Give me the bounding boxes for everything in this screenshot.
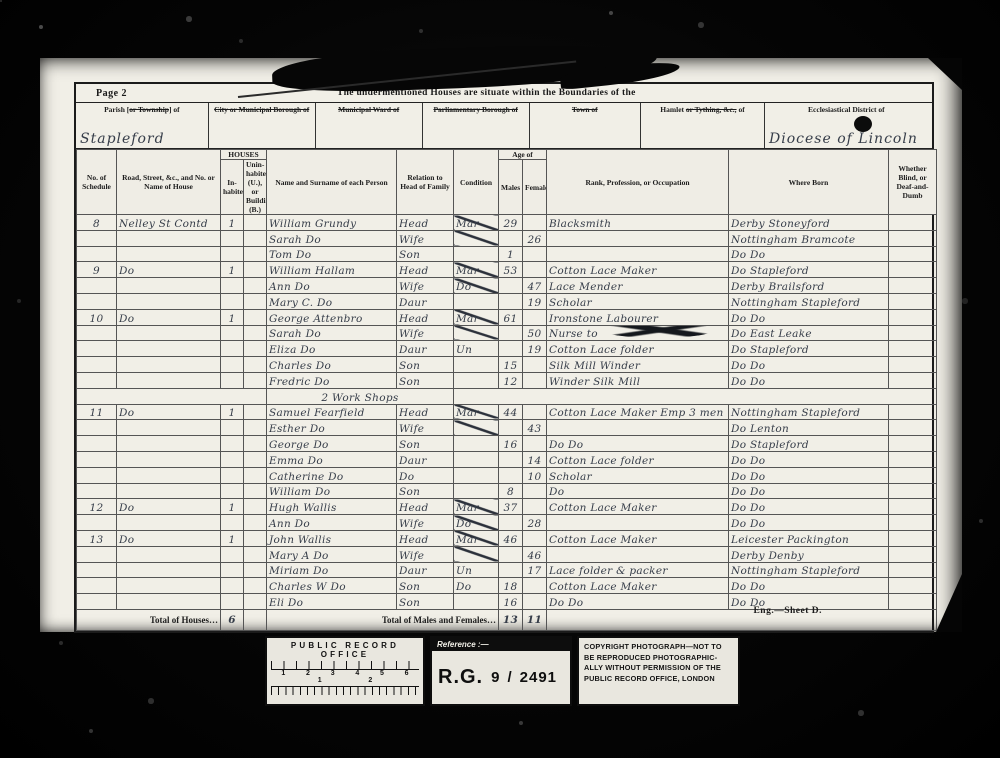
cell-road: Nelley St Contd bbox=[117, 215, 221, 231]
label-part: of bbox=[737, 105, 745, 114]
census-record-row: 13Do1John WallisHeadMar46Cotton Lace Mak… bbox=[77, 530, 937, 546]
cell-where-born: Do Do bbox=[729, 483, 889, 499]
ruler-inch-scale bbox=[271, 661, 419, 670]
census-record-row: Catherine DoDo10ScholarDo Do bbox=[77, 467, 937, 483]
cell-where-born: Do Do bbox=[729, 309, 889, 325]
ruler-cm-number: 2 bbox=[368, 677, 372, 684]
cell-schedule bbox=[77, 483, 117, 499]
cell-road: Do bbox=[117, 530, 221, 546]
cell-relation: Son bbox=[397, 594, 454, 610]
cell-occupation: Cotton Lace Maker bbox=[547, 530, 729, 546]
cell-age-male: 61 bbox=[499, 309, 523, 325]
cell-blind bbox=[889, 372, 937, 388]
cell-age-female: 14 bbox=[523, 451, 547, 467]
col-header-uninhabited: Unin-habited (U.), or Building (B.) bbox=[244, 160, 267, 215]
reference-piece: 2491 bbox=[520, 669, 557, 686]
census-record-row: Ann DoWifeDo47Lace MenderDerby Brailsfor… bbox=[77, 278, 937, 294]
cell-condition: Mar bbox=[454, 262, 499, 278]
cell-uninhabited bbox=[244, 357, 267, 373]
census-record-row: Eliza DoDaurUn19Cotton Lace folderDo Sta… bbox=[77, 341, 937, 357]
cell-inhabited bbox=[221, 246, 244, 262]
cell-where-born: Do Stapleford bbox=[729, 341, 889, 357]
census-record-row: 9Do1William HallamHeadMar53Cotton Lace M… bbox=[77, 262, 937, 278]
cell-name: Hugh Wallis bbox=[267, 499, 397, 515]
stamp-reference-box: Reference :— R.G. 9 / 2491 bbox=[430, 636, 572, 706]
district-column-3: Parliamentary Borough of bbox=[423, 103, 530, 148]
col-header-females: Females bbox=[523, 160, 547, 215]
cell-occupation: Silk Mill Winder bbox=[547, 357, 729, 373]
cell-blind bbox=[889, 594, 937, 610]
cell-schedule bbox=[77, 341, 117, 357]
ruler-cm-scale bbox=[271, 686, 419, 695]
workshop-row: 2 Work Shops bbox=[77, 388, 937, 404]
public-record-office-title: PUBLIC RECORD OFFICE bbox=[271, 641, 419, 659]
cell-inhabited bbox=[221, 546, 244, 562]
ruler-inch-number: 4 bbox=[355, 670, 359, 677]
sheet-note: Eng.—Sheet D. bbox=[753, 606, 822, 616]
cell-inhabited bbox=[221, 594, 244, 610]
cell-inhabited: 1 bbox=[221, 215, 244, 231]
cell-schedule: 10 bbox=[77, 309, 117, 325]
cell-uninhabited bbox=[244, 420, 267, 436]
cell-condition bbox=[454, 230, 499, 246]
empty-cell bbox=[454, 388, 937, 404]
cell-where-born: Do East Leake bbox=[729, 325, 889, 341]
empty-cell bbox=[244, 609, 267, 630]
label-part: Hamlet bbox=[660, 105, 686, 114]
census-record-row: Mary C. DoDaur19ScholarNottingham Staple… bbox=[77, 293, 937, 309]
cell-age-female: 19 bbox=[523, 293, 547, 309]
cell-age-male: 16 bbox=[499, 436, 523, 452]
cell-age-male bbox=[499, 341, 523, 357]
cell-name: Charles Do bbox=[267, 357, 397, 373]
ruler-inch-number: 2 bbox=[306, 670, 310, 677]
cell-schedule bbox=[77, 325, 117, 341]
total-persons-label: Total of Males and Females… bbox=[267, 609, 499, 630]
page-number-label: Page 2 bbox=[96, 88, 127, 99]
cell-occupation: Lace Mender bbox=[547, 278, 729, 294]
census-table-body: 8Nelley St Contd1William GrundyHeadMar29… bbox=[77, 215, 937, 610]
cell-road bbox=[117, 293, 221, 309]
cell-name: Catherine Do bbox=[267, 467, 397, 483]
cell-uninhabited bbox=[244, 215, 267, 231]
cell-condition: Un bbox=[454, 562, 499, 578]
cell-age-male: 29 bbox=[499, 215, 523, 231]
cell-road: Do bbox=[117, 499, 221, 515]
cell-where-born: Nottingham Stapleford bbox=[729, 562, 889, 578]
col-header-schedule: No. of Schedule bbox=[77, 150, 117, 215]
cell-inhabited: 1 bbox=[221, 499, 244, 515]
cell-schedule bbox=[77, 420, 117, 436]
cell-relation: Wife bbox=[397, 230, 454, 246]
cell-schedule bbox=[77, 278, 117, 294]
district-column-label: Parish [or Township] of bbox=[79, 105, 205, 114]
cell-age-female: 10 bbox=[523, 467, 547, 483]
cell-occupation: Ironstone Labourer bbox=[547, 309, 729, 325]
cell-inhabited bbox=[221, 483, 244, 499]
cell-age-female: 43 bbox=[523, 420, 547, 436]
cell-inhabited bbox=[221, 467, 244, 483]
cell-relation: Son bbox=[397, 372, 454, 388]
cell-name: Ann Do bbox=[267, 515, 397, 531]
cell-uninhabited bbox=[244, 515, 267, 531]
col-header-born: Where Born bbox=[729, 150, 889, 215]
cell-blind bbox=[889, 278, 937, 294]
cell-occupation: Winder Silk Mill bbox=[547, 372, 729, 388]
cell-inhabited: 1 bbox=[221, 262, 244, 278]
cell-name: Miriam Do bbox=[267, 562, 397, 578]
cell-uninhabited bbox=[244, 404, 267, 420]
district-header-row: Parish [or Township] ofStaplefordCity or… bbox=[76, 103, 932, 149]
cell-relation: Daur bbox=[397, 451, 454, 467]
cell-occupation: Cotton Lace folder bbox=[547, 341, 729, 357]
cell-age-male: 12 bbox=[499, 372, 523, 388]
cell-age-female bbox=[523, 436, 547, 452]
cell-schedule: 13 bbox=[77, 530, 117, 546]
census-document-page: Page 2 The undermentioned Houses are sit… bbox=[40, 58, 962, 632]
cell-road bbox=[117, 546, 221, 562]
cell-uninhabited bbox=[244, 309, 267, 325]
cell-road bbox=[117, 278, 221, 294]
cell-relation: Head bbox=[397, 499, 454, 515]
cell-name: Sarah Do bbox=[267, 230, 397, 246]
cell-occupation bbox=[547, 420, 729, 436]
census-record-row: Fredric DoSon12Winder Silk MillDo Do bbox=[77, 372, 937, 388]
reference-series: 9 bbox=[491, 669, 499, 686]
cell-schedule bbox=[77, 357, 117, 373]
cell-condition bbox=[454, 436, 499, 452]
cell-uninhabited bbox=[244, 546, 267, 562]
cell-occupation: Do bbox=[547, 483, 729, 499]
cell-blind bbox=[889, 309, 937, 325]
district-column-2: Municipal Ward of bbox=[316, 103, 423, 148]
label-part: Parish [ bbox=[104, 105, 129, 114]
cell-name: Esther Do bbox=[267, 420, 397, 436]
cell-age-male bbox=[499, 230, 523, 246]
cell-condition: Mar bbox=[454, 404, 499, 420]
cell-relation: Wife bbox=[397, 515, 454, 531]
cell-name: William Hallam bbox=[267, 262, 397, 278]
cell-occupation: Scholar bbox=[547, 293, 729, 309]
cell-blind bbox=[889, 451, 937, 467]
cell-blind bbox=[889, 578, 937, 594]
cell-occupation: Nurse to bbox=[547, 325, 729, 341]
ruler-inch-number: 1 bbox=[281, 670, 285, 677]
col-header-condition: Condition bbox=[454, 150, 499, 215]
cell-name: John Wallis bbox=[267, 530, 397, 546]
cell-occupation bbox=[547, 546, 729, 562]
census-record-row: Charles DoSon15Silk Mill WinderDo Do bbox=[77, 357, 937, 373]
cell-condition bbox=[454, 420, 499, 436]
cell-occupation: Cotton Lace folder bbox=[547, 451, 729, 467]
cell-condition: Un bbox=[454, 341, 499, 357]
census-record-row: 12Do1Hugh WallisHeadMar37Cotton Lace Mak… bbox=[77, 499, 937, 515]
struck-label-part: or Tything, &c., bbox=[686, 105, 737, 114]
census-record-row: Tom DoSon1Do Do bbox=[77, 246, 937, 262]
cell-where-born: Do Do bbox=[729, 372, 889, 388]
cell-age-male: 18 bbox=[499, 578, 523, 594]
cell-age-female: 17 bbox=[523, 562, 547, 578]
ruler-inch-numbers: 123456 bbox=[271, 670, 419, 677]
cell-condition bbox=[454, 246, 499, 262]
cell-blind bbox=[889, 246, 937, 262]
cell-schedule bbox=[77, 594, 117, 610]
cell-name: George Attenbro bbox=[267, 309, 397, 325]
cell-age-male: 8 bbox=[499, 483, 523, 499]
district-column-label: Municipal Ward of bbox=[319, 105, 419, 114]
district-column-label: City or Municipal Borough of bbox=[212, 105, 312, 114]
cell-age-male: 16 bbox=[499, 594, 523, 610]
cell-age-male: 1 bbox=[499, 246, 523, 262]
reference-prefix: R.G. bbox=[438, 666, 483, 689]
census-record-row: Ann DoWifeDo28Do Do bbox=[77, 515, 937, 531]
cell-condition bbox=[454, 594, 499, 610]
cell-age-female bbox=[523, 309, 547, 325]
cell-blind bbox=[889, 262, 937, 278]
census-record-row: Esther DoWife43Do Lenton bbox=[77, 420, 937, 436]
document-frame: Page 2 The undermentioned Houses are sit… bbox=[74, 82, 934, 633]
cell-inhabited bbox=[221, 372, 244, 388]
total-females-value: 11 bbox=[523, 609, 547, 630]
cell-name: Fredric Do bbox=[267, 372, 397, 388]
cell-relation: Head bbox=[397, 262, 454, 278]
cell-age-male bbox=[499, 325, 523, 341]
cell-road bbox=[117, 372, 221, 388]
cell-relation: Do bbox=[397, 467, 454, 483]
district-column-label: Town of bbox=[533, 105, 637, 114]
cell-occupation: Cotton Lace Maker bbox=[547, 499, 729, 515]
cell-condition: Mar bbox=[454, 215, 499, 231]
cell-inhabited bbox=[221, 278, 244, 294]
label-part: ] of bbox=[169, 105, 180, 114]
cell-occupation: Do Do bbox=[547, 436, 729, 452]
stamp-copyright-box: COPYRIGHT PHOTOGRAPH—NOT TOBE REPRODUCED… bbox=[577, 636, 740, 706]
cell-where-born: Do Stapleford bbox=[729, 262, 889, 278]
film-noise-specks bbox=[0, 0, 2, 2]
col-header-blind: Whether Blind, or Deaf-and-Dumb bbox=[889, 150, 937, 215]
cell-condition: Mar bbox=[454, 309, 499, 325]
cell-name: Emma Do bbox=[267, 451, 397, 467]
cell-schedule bbox=[77, 230, 117, 246]
census-record-row: Miriam DoDaurUn17Lace folder & packerNot… bbox=[77, 562, 937, 578]
district-column-label: Parliamentary Borough of bbox=[426, 105, 526, 114]
census-record-row: Sarah DoWife50Nurse toDo East Leake bbox=[77, 325, 937, 341]
cell-road bbox=[117, 594, 221, 610]
struck-label-part: City or Municipal Borough of bbox=[214, 105, 309, 114]
empty-cell bbox=[77, 388, 267, 404]
ruler-cm-numbers: 12 bbox=[271, 677, 419, 684]
cell-road: Do bbox=[117, 309, 221, 325]
cell-where-born: Nottingham Stapleford bbox=[729, 404, 889, 420]
district-handwritten-value: Diocese of Lincoln bbox=[769, 131, 926, 147]
struck-label-part: Town of bbox=[572, 105, 598, 114]
district-handwritten-value: Stapleford bbox=[80, 131, 206, 147]
struck-label-part: or Township bbox=[129, 105, 169, 114]
cell-condition bbox=[454, 293, 499, 309]
district-column-4: Town of bbox=[530, 103, 641, 148]
cell-condition bbox=[454, 483, 499, 499]
cell-inhabited bbox=[221, 230, 244, 246]
cell-name: Mary C. Do bbox=[267, 293, 397, 309]
census-record-row: William DoSon8DoDo Do bbox=[77, 483, 937, 499]
cell-road bbox=[117, 230, 221, 246]
cell-age-male bbox=[499, 467, 523, 483]
col-header-inhabited: In-habited bbox=[221, 160, 244, 215]
cell-schedule bbox=[77, 293, 117, 309]
col-header-rank: Rank, Profession, or Occupation bbox=[547, 150, 729, 215]
cell-blind bbox=[889, 341, 937, 357]
struck-label-part: Parliamentary Borough of bbox=[433, 105, 517, 114]
cell-schedule: 11 bbox=[77, 404, 117, 420]
cell-relation: Son bbox=[397, 246, 454, 262]
cell-age-female: 47 bbox=[523, 278, 547, 294]
cell-road bbox=[117, 562, 221, 578]
total-houses-label: Total of Houses… bbox=[77, 609, 221, 630]
cell-occupation: Lace folder & packer bbox=[547, 562, 729, 578]
cell-age-female bbox=[523, 404, 547, 420]
cell-age-female bbox=[523, 372, 547, 388]
cell-schedule: 8 bbox=[77, 215, 117, 231]
cell-age-male bbox=[499, 293, 523, 309]
stamp-ruler-box: PUBLIC RECORD OFFICE 123456 12 bbox=[265, 636, 425, 706]
cell-road bbox=[117, 483, 221, 499]
cell-relation: Son bbox=[397, 578, 454, 594]
cell-schedule bbox=[77, 578, 117, 594]
cell-uninhabited bbox=[244, 467, 267, 483]
ruler-cm-number: 1 bbox=[318, 677, 322, 684]
cell-relation: Son bbox=[397, 483, 454, 499]
cell-where-born: Do Stapleford bbox=[729, 436, 889, 452]
cell-age-female bbox=[523, 578, 547, 594]
cell-blind bbox=[889, 515, 937, 531]
col-header-relation: Relation to Head of Family bbox=[397, 150, 454, 215]
cell-relation: Wife bbox=[397, 278, 454, 294]
cell-age-male: 44 bbox=[499, 404, 523, 420]
cell-age-female: 46 bbox=[523, 546, 547, 562]
cell-inhabited bbox=[221, 420, 244, 436]
workshop-entry: 2 Work Shops bbox=[267, 388, 454, 404]
cell-age-male: 15 bbox=[499, 357, 523, 373]
reference-separator: / bbox=[507, 669, 511, 686]
cell-blind bbox=[889, 436, 937, 452]
cell-schedule bbox=[77, 436, 117, 452]
cell-inhabited: 1 bbox=[221, 404, 244, 420]
cell-blind bbox=[889, 357, 937, 373]
cell-relation: Wife bbox=[397, 325, 454, 341]
cell-condition: Do bbox=[454, 278, 499, 294]
cell-occupation bbox=[547, 230, 729, 246]
cell-relation: Head bbox=[397, 530, 454, 546]
cell-relation: Wife bbox=[397, 546, 454, 562]
cell-condition bbox=[454, 451, 499, 467]
cell-age-female bbox=[523, 499, 547, 515]
cell-blind bbox=[889, 530, 937, 546]
cell-road: Do bbox=[117, 404, 221, 420]
cell-blind bbox=[889, 325, 937, 341]
cell-age-male bbox=[499, 278, 523, 294]
cell-where-born: Derby Denby bbox=[729, 546, 889, 562]
cell-occupation: Do Do bbox=[547, 594, 729, 610]
cell-where-born: Nottingham Bramcote bbox=[729, 230, 889, 246]
cell-uninhabited bbox=[244, 451, 267, 467]
cell-road bbox=[117, 578, 221, 594]
cell-age-female: 50 bbox=[523, 325, 547, 341]
cell-road bbox=[117, 451, 221, 467]
copyright-line: PUBLIC RECORD OFFICE, LONDON bbox=[584, 674, 733, 685]
cell-schedule bbox=[77, 467, 117, 483]
cell-blind bbox=[889, 546, 937, 562]
reference-label: Reference :— bbox=[432, 638, 570, 651]
cell-uninhabited bbox=[244, 499, 267, 515]
cell-condition: Mar bbox=[454, 530, 499, 546]
cell-age-male: 53 bbox=[499, 262, 523, 278]
cell-age-female bbox=[523, 246, 547, 262]
cell-road bbox=[117, 325, 221, 341]
cell-blind bbox=[889, 467, 937, 483]
cell-uninhabited bbox=[244, 562, 267, 578]
cell-relation: Daur bbox=[397, 341, 454, 357]
cell-where-born: Do Do bbox=[729, 467, 889, 483]
district-column-label: Ecclesiastical District of bbox=[768, 105, 925, 114]
cell-occupation: Scholar bbox=[547, 467, 729, 483]
col-header-name: Name and Surname of each Person bbox=[267, 150, 397, 215]
cell-where-born: Do Do bbox=[729, 578, 889, 594]
cell-where-born: Leicester Packington bbox=[729, 530, 889, 546]
cell-age-male bbox=[499, 546, 523, 562]
cell-age-male: 37 bbox=[499, 499, 523, 515]
ruler-inch-number: 6 bbox=[405, 670, 409, 677]
cell-schedule: 12 bbox=[77, 499, 117, 515]
cell-uninhabited bbox=[244, 530, 267, 546]
cell-schedule bbox=[77, 515, 117, 531]
cell-uninhabited bbox=[244, 594, 267, 610]
census-record-row: George DoSon16Do DoDo Stapleford bbox=[77, 436, 937, 452]
cell-name: William Grundy bbox=[267, 215, 397, 231]
cell-uninhabited bbox=[244, 293, 267, 309]
cell-schedule bbox=[77, 546, 117, 562]
district-column-5: Hamlet or Tything, &c., of bbox=[641, 103, 765, 148]
col-header-males: Males bbox=[499, 160, 523, 215]
cell-age-female: 19 bbox=[523, 341, 547, 357]
cell-name: Eli Do bbox=[267, 594, 397, 610]
cell-uninhabited bbox=[244, 436, 267, 452]
cell-where-born: Nottingham Stapleford bbox=[729, 293, 889, 309]
cell-age-male bbox=[499, 451, 523, 467]
cell-age-female bbox=[523, 594, 547, 610]
cell-occupation bbox=[547, 246, 729, 262]
cell-condition: Mar bbox=[454, 499, 499, 515]
cell-where-born: Do Do bbox=[729, 246, 889, 262]
cell-schedule bbox=[77, 562, 117, 578]
cell-inhabited bbox=[221, 515, 244, 531]
cell-blind bbox=[889, 499, 937, 515]
cell-blind bbox=[889, 562, 937, 578]
cell-relation: Head bbox=[397, 215, 454, 231]
cell-age-male bbox=[499, 420, 523, 436]
census-record-row: Mary A DoWife46Derby Denby bbox=[77, 546, 937, 562]
cell-age-female bbox=[523, 262, 547, 278]
cell-road bbox=[117, 515, 221, 531]
cell-blind bbox=[889, 215, 937, 231]
cell-condition bbox=[454, 467, 499, 483]
cell-relation: Head bbox=[397, 309, 454, 325]
cell-where-born: Do Lenton bbox=[729, 420, 889, 436]
cell-relation: Son bbox=[397, 357, 454, 373]
cell-uninhabited bbox=[244, 278, 267, 294]
cell-age-female bbox=[523, 483, 547, 499]
district-column-6: Ecclesiastical District ofDiocese of Lin… bbox=[765, 103, 928, 148]
cell-inhabited bbox=[221, 357, 244, 373]
